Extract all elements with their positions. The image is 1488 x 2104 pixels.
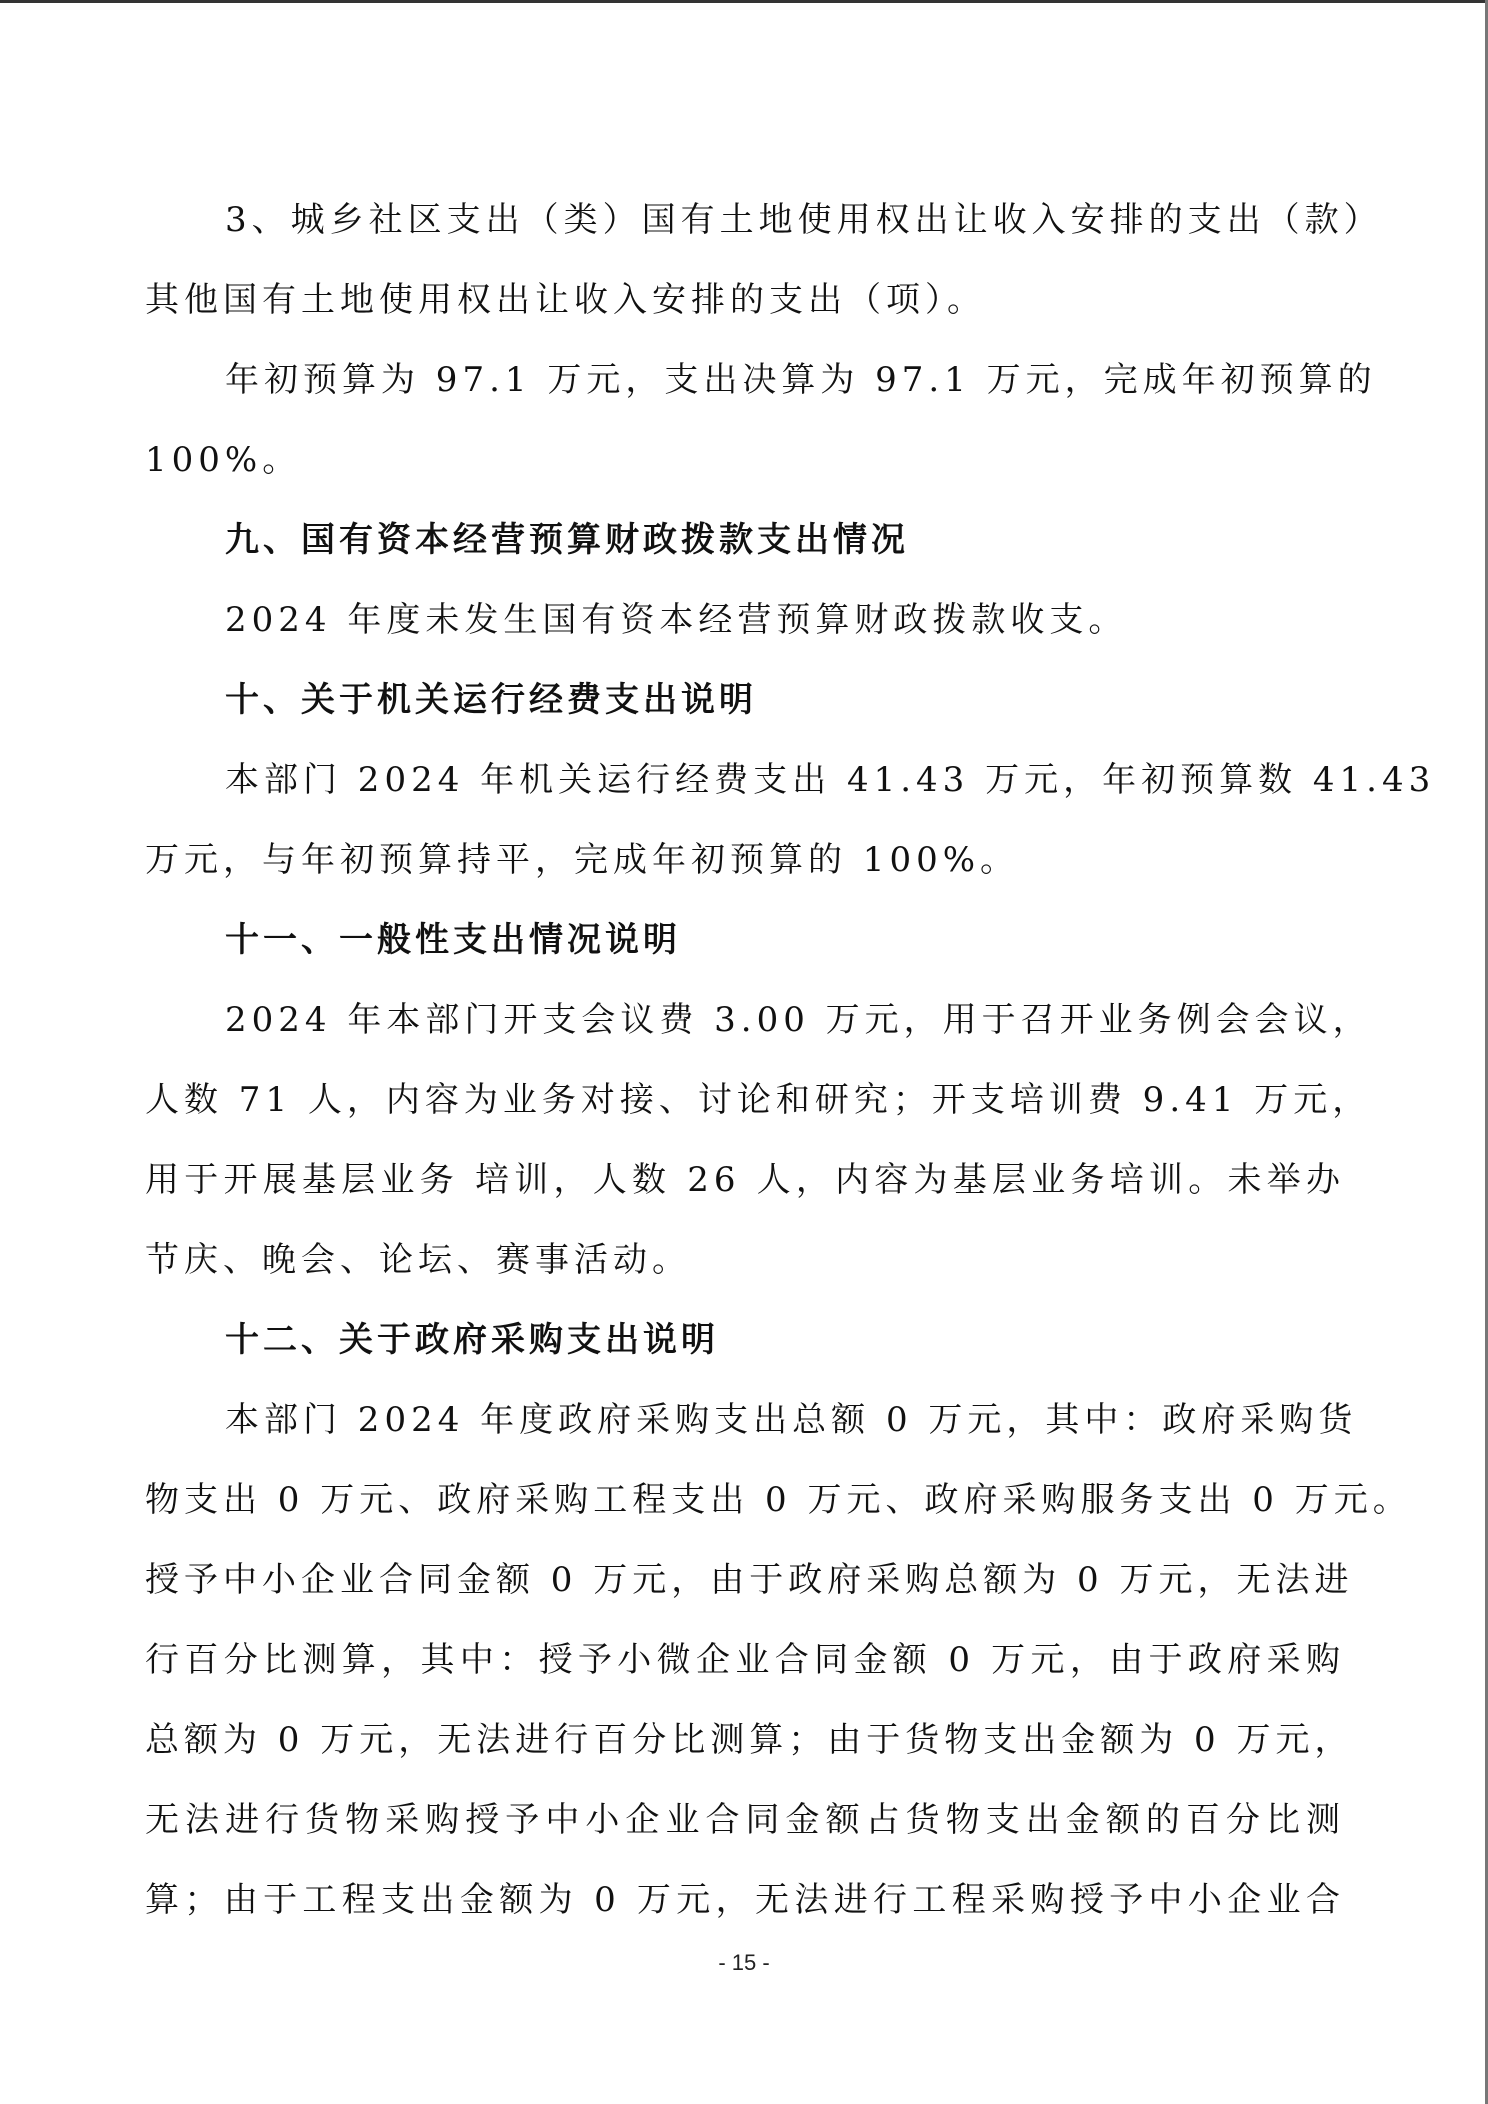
paragraph-line: 100%。 [145,435,1345,515]
section-heading-10: 十、关于机关运行经费支出说明 [145,675,1345,755]
paragraph-line: 本部门 2024 年机关运行经费支出 41.43 万元，年初预算数 41.43 [145,755,1345,835]
paragraph-line: 行百分比测算，其中：授予小微企业合同金额 0 万元，由于政府采购 [145,1635,1345,1715]
paragraph-line: 3、城乡社区支出（类）国有土地使用权出让收入安排的支出（款） [145,195,1345,275]
paragraph-line: 人数 71 人，内容为业务对接、讨论和研究；开支培训费 9.41 万元， [145,1075,1345,1155]
paragraph-line: 节庆、晚会、论坛、赛事活动。 [145,1235,1345,1315]
page-border-top [0,0,1488,3]
paragraph-line: 物支出 0 万元、政府采购工程支出 0 万元、政府采购服务支出 0 万元。 [145,1475,1345,1555]
page-number: - 15 - [0,1950,1488,1976]
paragraph-line: 算；由于工程支出金额为 0 万元，无法进行工程采购授予中小企业合 [145,1875,1345,1955]
paragraph-line: 2024 年度未发生国有资本经营预算财政拨款收支。 [145,595,1345,675]
paragraph-line: 2024 年本部门开支会议费 3.00 万元，用于召开业务例会会议， [145,995,1345,1075]
document-body: 3、城乡社区支出（类）国有土地使用权出让收入安排的支出（款） 其他国有土地使用权… [145,195,1345,1955]
paragraph-line: 万元，与年初预算持平，完成年初预算的 100%。 [145,835,1345,915]
section-heading-11: 十一、一般性支出情况说明 [145,915,1345,995]
paragraph-line: 其他国有土地使用权出让收入安排的支出（项）。 [145,275,1345,355]
paragraph-line: 用于开展基层业务 培训，人数 26 人，内容为基层业务培训。未举办 [145,1155,1345,1235]
paragraph-line: 无法进行货物采购授予中小企业合同金额占货物支出金额的百分比测 [145,1795,1345,1875]
paragraph-line: 授予中小企业合同金额 0 万元，由于政府采购总额为 0 万元，无法进 [145,1555,1345,1635]
paragraph-line: 本部门 2024 年度政府采购支出总额 0 万元，其中：政府采购货 [145,1395,1345,1475]
paragraph-line: 年初预算为 97.1 万元，支出决算为 97.1 万元，完成年初预算的 [145,355,1345,435]
section-heading-12: 十二、关于政府采购支出说明 [145,1315,1345,1395]
paragraph-line: 总额为 0 万元，无法进行百分比测算；由于货物支出金额为 0 万元， [145,1715,1345,1795]
section-heading-9: 九、国有资本经营预算财政拨款支出情况 [145,515,1345,595]
